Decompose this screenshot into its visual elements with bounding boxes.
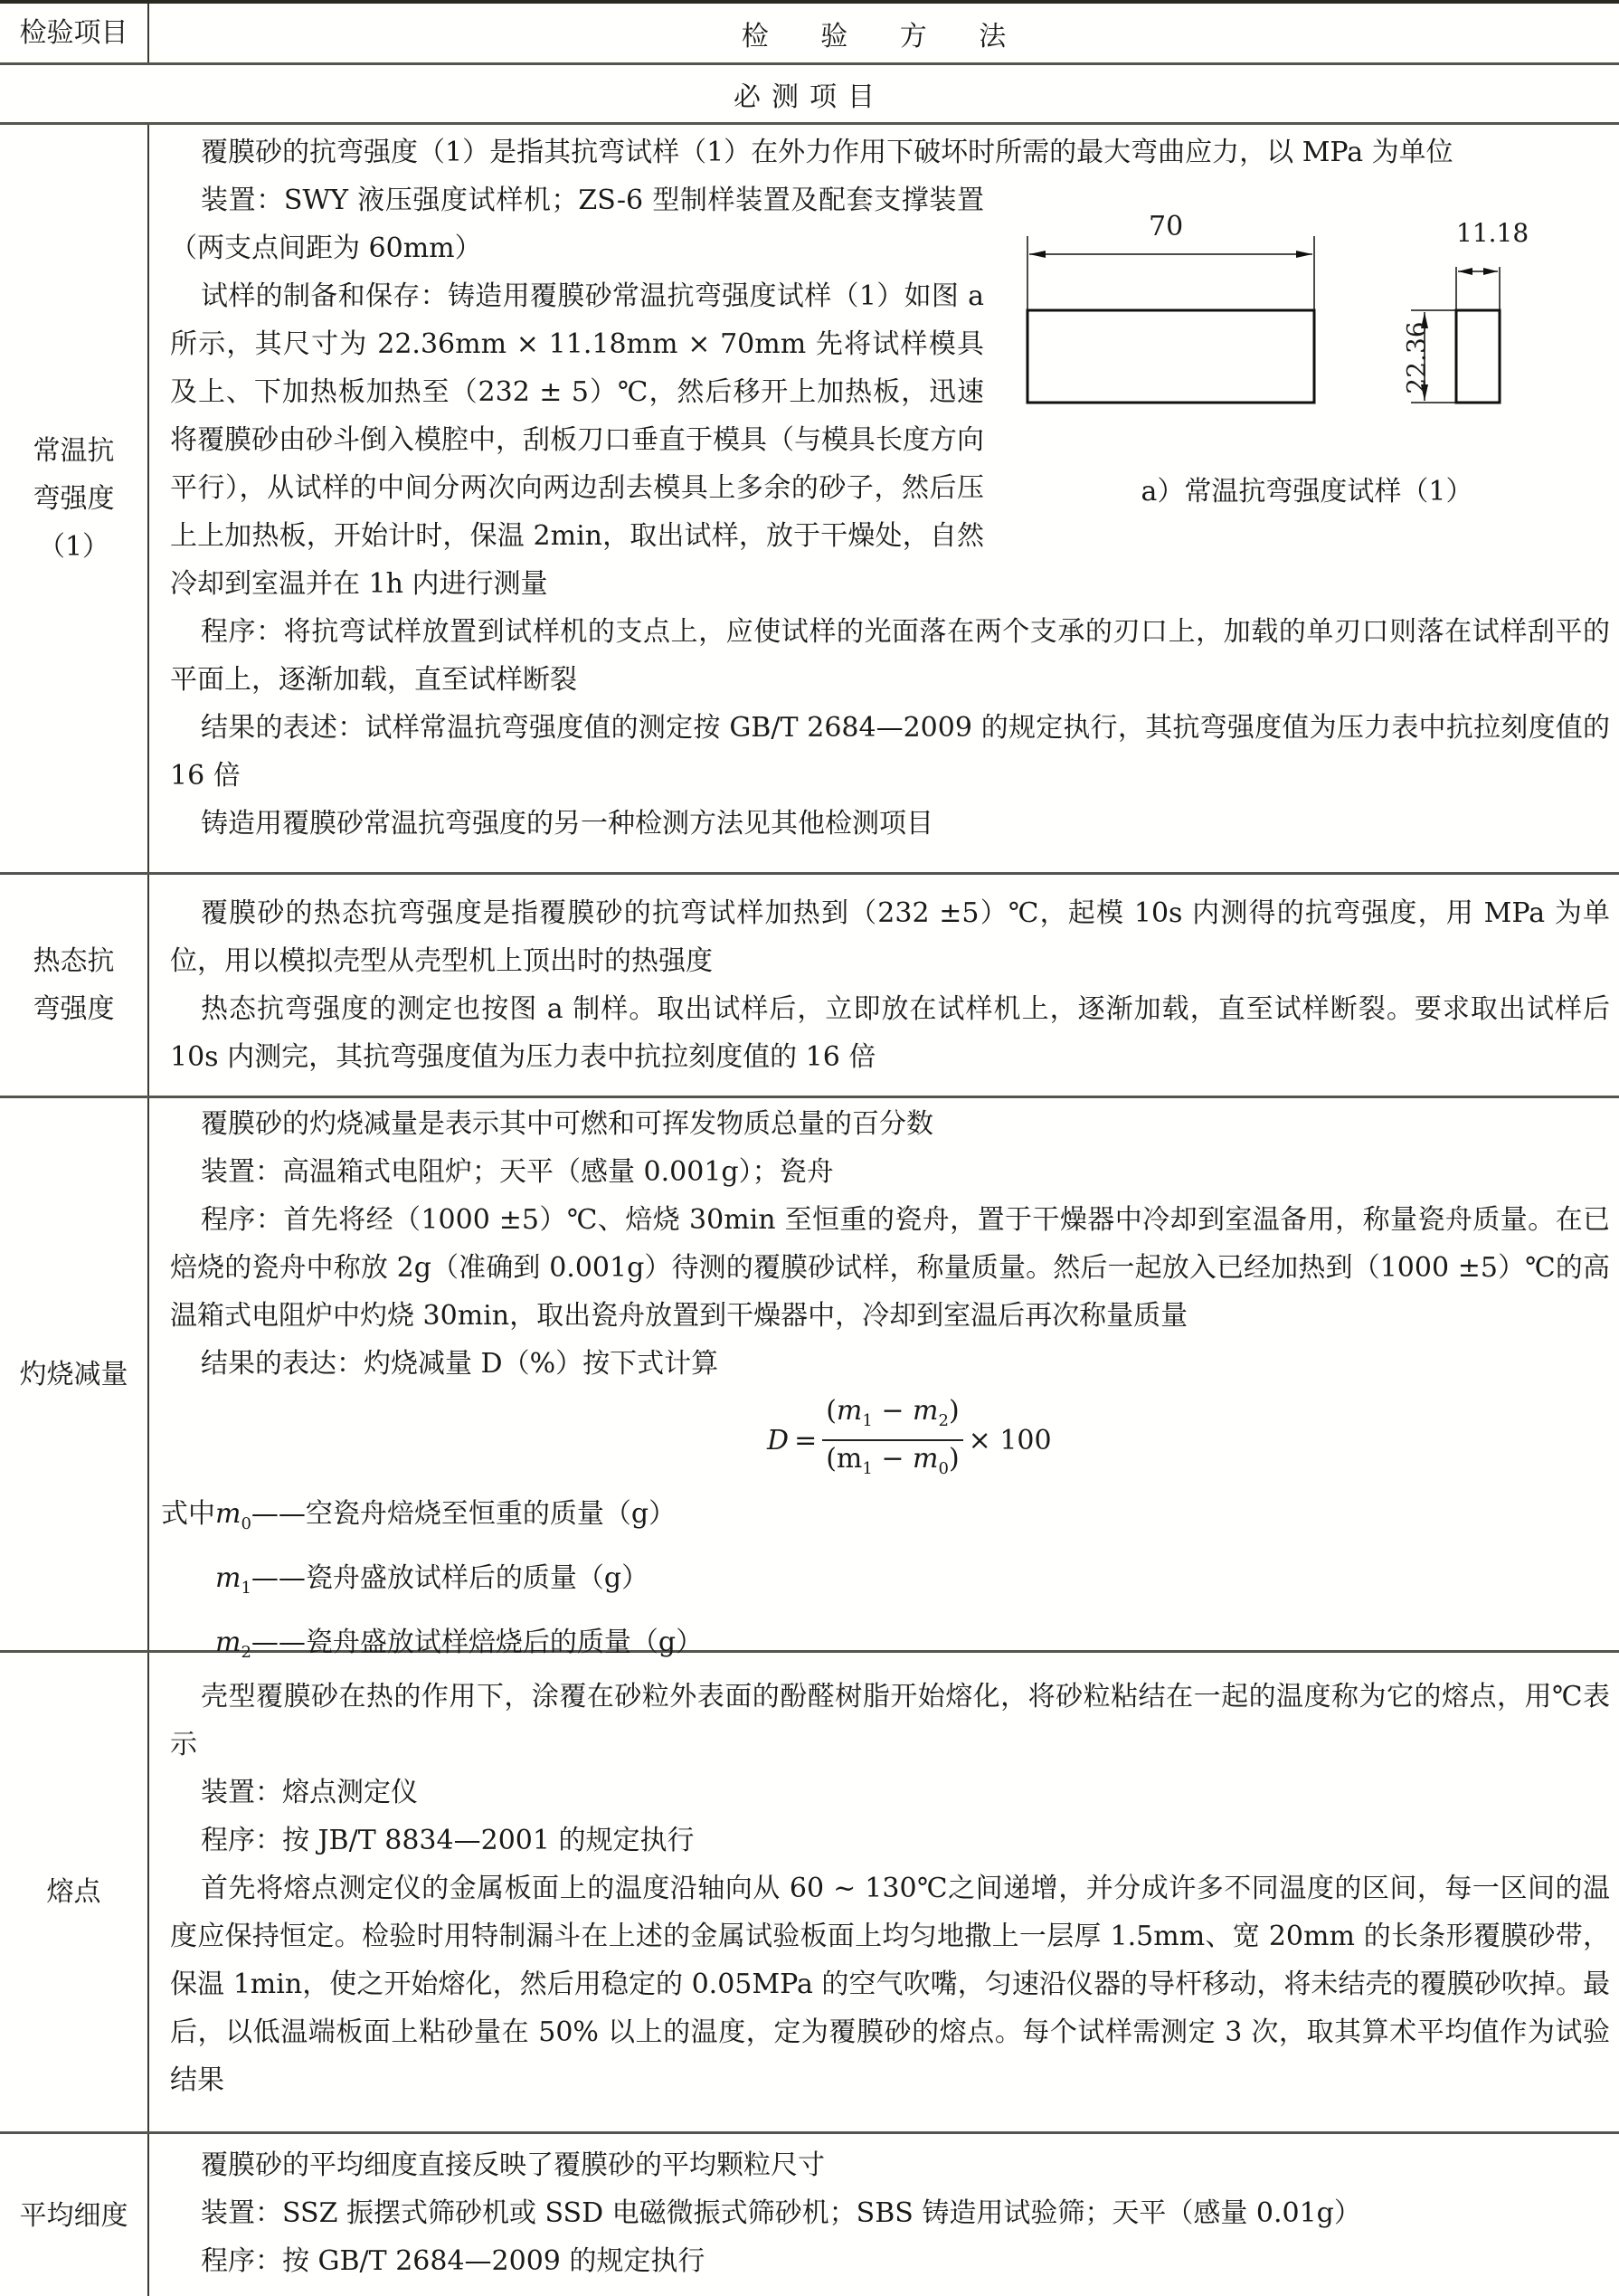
paragraph: 覆膜砂的灼烧减量是表示其中可燃和可挥发物质总量的百分数: [170, 1100, 1610, 1148]
table-header-row: 检验项目 检 验 方 法: [0, 4, 1619, 65]
where-list: 式中 m0——空瓷舟焙烧至恒重的质量（g） m1——瓷舟盛放试样后的质量（g） …: [150, 1487, 1610, 1680]
paragraph: 首先将熔点测定仪的金属板面上的温度沿轴向从 60 ~ 130℃之间递增，并分成许…: [170, 1864, 1610, 2104]
paragraph-procedure: 程序：将抗弯试样放置到试样机的支点上，应使试样的光面落在两个支承的刃口上，加载的…: [170, 608, 1610, 704]
paragraph: 结果的表达：灼烧减量 D（%）按下式计算: [170, 1340, 1610, 1388]
paragraph-result: 结果的表述：试样常温抗弯强度值的测定按 GB/T 2684—2009 的规定执行…: [170, 704, 1610, 800]
inspection-method-table: 检验项目 检 验 方 法 必测项目 常温抗弯强度（1） 覆膜砂的抗弯强度（1）是…: [0, 0, 1619, 2296]
dim-length-label: 70: [1149, 211, 1183, 242]
where-item: 式中 m0——空瓷舟焙烧至恒重的质量（g）: [161, 1487, 1610, 1551]
paragraph-intro: 覆膜砂的抗弯强度（1）是指其抗弯试样（1）在外力作用下破坏时所需的最大弯曲应力，…: [170, 128, 1610, 176]
paragraph: 壳型覆膜砂在热的作用下，涂覆在砂粒外表面的酚醛树脂开始熔化，将砂粒粘结在一起的温…: [170, 1673, 1610, 1769]
section-title-row: 必测项目: [0, 65, 1619, 125]
table-row-average-fineness: 平均细度 覆膜砂的平均细度直接反映了覆膜砂的平均颗粒尺寸 装置：SSZ 振摆式筛…: [0, 2134, 1619, 2296]
dim-height-label: 22.36: [1402, 321, 1432, 394]
row-content: 覆膜砂的灼烧减量是表示其中可燃和可挥发物质总量的百分数 装置：高温箱式电阻炉；天…: [150, 1098, 1619, 1650]
paragraph: 覆膜砂的平均细度直接反映了覆膜砂的平均颗粒尺寸: [170, 2141, 1610, 2189]
row-content: 覆膜砂的平均细度直接反映了覆膜砂的平均颗粒尺寸 装置：SSZ 振摆式筛砂机或 S…: [150, 2134, 1619, 2296]
row-content: 覆膜砂的热态抗弯强度是指覆膜砂的抗弯试样加热到（232 ±5）℃，起模 10s …: [150, 875, 1619, 1096]
row-label: 灼烧减量: [0, 1098, 149, 1650]
table-row-hot-flexural: 热态抗弯强度 覆膜砂的热态抗弯强度是指覆膜砂的抗弯试样加热到（232 ±5）℃，…: [0, 875, 1619, 1098]
formula-block: D= (m1 − m2) (m1 − m0) × 100: [170, 1388, 1610, 1487]
table-row-melting-point: 熔点 壳型覆膜砂在热的作用下，涂覆在砂粒外表面的酚醛树脂开始熔化，将砂粒粘结在一…: [0, 1653, 1619, 2134]
paragraph: 程序：按 GB/T 2684—2009 的规定执行: [170, 2237, 1610, 2285]
row-content: 壳型覆膜砂在热的作用下，涂覆在砂粒外表面的酚醛树脂开始熔化，将砂粒粘结在一起的温…: [150, 1653, 1619, 2131]
paragraph: 程序：首先将经（1000 ±5）℃、焙烧 30min 至恒重的瓷舟，置于干燥器中…: [170, 1196, 1610, 1340]
paragraph: 装置：高温箱式电阻炉；天平（感量 0.001g）；瓷舟: [170, 1148, 1610, 1196]
row-label: 常温抗弯强度（1）: [0, 125, 149, 872]
row-label: 平均细度: [0, 2134, 149, 2296]
header-inspection-method: 检 验 方 法: [150, 4, 1619, 62]
specimen-figure: 70 11.18 22.36: [1022, 211, 1601, 509]
paragraph-note: 铸造用覆膜砂常温抗弯强度的另一种检测方法见其他检测项目: [170, 800, 1610, 848]
paragraph: 装置：SSZ 振摆式筛砂机或 SSD 电磁微振式筛砂机；SBS 铸造用试验筛；天…: [170, 2189, 1610, 2237]
section-title-required-items: 必测项目: [0, 65, 1619, 122]
paragraph-preparation: 试样的制备和保存：铸造用覆膜砂常温抗弯强度试样（1）如图 a 所示，其尺寸为 2…: [170, 272, 984, 608]
paragraph: 覆膜砂的热态抗弯强度是指覆膜砂的抗弯试样加热到（232 ±5）℃，起模 10s …: [170, 889, 1610, 985]
paragraph: 热态抗弯强度的测定也按图 a 制样。取出试样后，立即放在试样机上，逐渐加载，直至…: [170, 985, 1610, 1081]
header-inspection-item: 检验项目: [0, 4, 149, 62]
where-item: m1——瓷舟盛放试样后的质量（g）: [161, 1551, 1610, 1616]
paragraph: 程序：按 JB/T 8834—2001 的规定执行: [170, 1817, 1610, 1864]
dim-width-label: 11.18: [1456, 218, 1529, 248]
row-label: 熔点: [0, 1653, 149, 2131]
row-label: 热态抗弯强度: [0, 875, 149, 1096]
paragraph: 装置：熔点测定仪: [170, 1769, 1610, 1817]
figure-caption: a）常温抗弯强度试样（1）: [995, 469, 1619, 508]
paragraph-apparatus: 装置：SWY 液压强度试样机；ZS-6 型制样装置及配套支撑装置（两支点间距为 …: [170, 176, 984, 272]
table-row-room-temp-flexural: 常温抗弯强度（1） 覆膜砂的抗弯强度（1）是指其抗弯试样（1）在外力作用下破坏时…: [0, 125, 1619, 875]
loss-formula: D= (m1 − m2) (m1 − m0) × 100: [767, 1393, 1052, 1487]
table-row-loss-on-ignition: 灼烧减量 覆膜砂的灼烧减量是表示其中可燃和可挥发物质总量的百分数 装置：高温箱式…: [0, 1098, 1619, 1653]
